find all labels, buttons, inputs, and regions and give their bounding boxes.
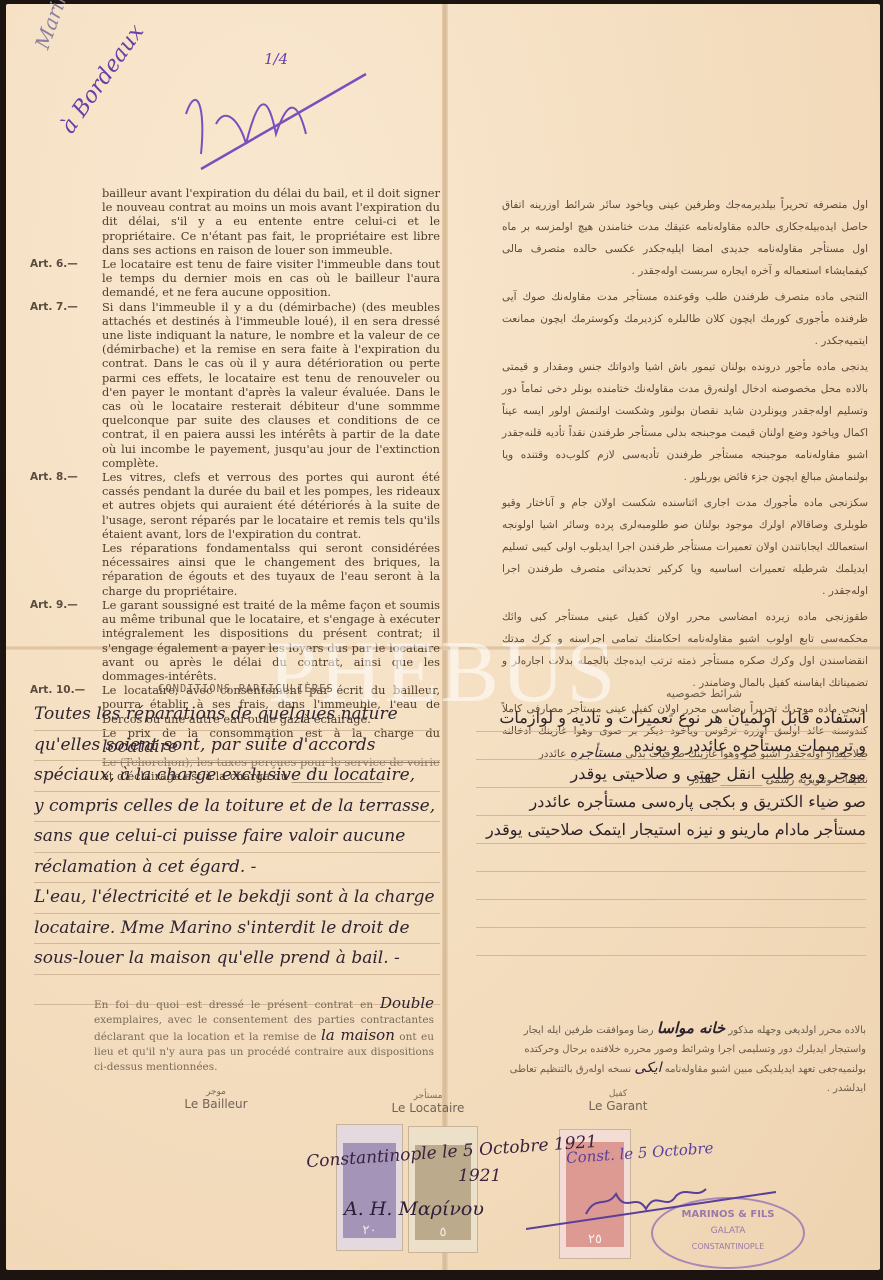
special-conditions-title-fr: CONDITIONS PARTICULIÈRES [158,683,334,695]
handwritten-line: locataire. Mme Marino s'interdit le droi… [34,914,440,945]
violet-date-note: 1/4 [264,50,288,68]
ottoman-para-lead: اول متصرفه تحریراً بیلدیرمه‌جك وطرفین عی… [502,194,868,282]
article-label: Art. 9.— [30,598,102,683]
seal-line3: CONSTANTINOPLE [653,1242,803,1251]
article-text: Si dans l'immeuble il y a du (démirbache… [102,300,440,470]
article-text: Le locataire est tenu de faire visiter l… [102,257,440,300]
handwritten-line: L'eau, l'électricité et le bekdji sont à… [34,883,440,914]
violet-note: à Bordeaux [56,20,149,138]
article-label: Art. 6.— [30,257,102,300]
violet-signature-mark [146,44,376,174]
closing-paragraph-fr: En foi du quoi est dressé le présent con… [94,996,434,1075]
pencil-note: Marino [30,0,78,52]
guarantor-signature-mark [526,1174,786,1234]
closing-paragraph-ar: بالاده محرر اولدیغی وجهله مذکور خانه موا… [496,1019,866,1098]
role-ar: کفیل [558,1089,678,1099]
role-fr: Le Locataire [392,1101,465,1115]
closing-line1: En foi du quoi est dressé le présent con… [94,999,373,1011]
handwritten-line: spéciaux, à la charge exclusive du locat… [34,761,440,792]
article-8: Art. 8.— Les vitres, clefs et verrous de… [30,470,440,598]
article-8-text: Les vitres, clefs et verrous des portes … [102,470,440,541]
article-text: Les vitres, clefs et verrous des portes … [102,470,440,598]
blank-line [476,872,866,900]
ottoman-article-8: سکزنجی ماده مأجورك مدت اجاری اثناسنده شک… [502,492,868,602]
article-label: Art. 8.— [30,470,102,598]
role-garant: کفیل Le Garant [558,1089,678,1113]
role-fr: Le Garant [589,1099,648,1113]
role-bailleur: موجر Le Bailleur [156,1087,276,1111]
blank-line [476,900,866,928]
handwritten-line: sous-louer la maison qu'elle prend à bai… [34,944,440,975]
handwritten-copies: Double [380,994,434,1012]
handwritten-line: و ترمیمات مستأجره عائددر و بونده [476,732,866,760]
closing-ar-line1: بالاده محرر اولدیغی وجهله مذکور [728,1025,866,1036]
handwritten-count: ایکی [634,1060,661,1076]
article-7: Art. 7.— Si dans l'immeuble il y a du (d… [30,300,440,470]
handwritten-line: موجر و یه طلب انقل جهتی و صلاحیتی یوقدر [476,760,866,788]
closing-ar-line1-suffix: رضا وموافقت طرفین ایله ایجار [524,1025,654,1036]
lead-paragraph: bailleur avant l'expiration du délai du … [30,186,440,257]
ottoman-article-7: یدنجی ماده مأجور درونده بولنان تیمور باش… [502,356,868,488]
handwritten-line: صو ضیاء الکتریق و بکجی پاره‌سی مستأجره ع… [476,788,866,816]
article-6: Art. 6.— Le locataire est tenu de faire … [30,257,440,300]
blank-line [476,928,866,956]
handwritten-line: réclamation à cet égard. - [34,853,440,884]
role-ar: مستأجر [368,1091,488,1101]
role-fr: Le Bailleur [184,1097,247,1111]
handwritten-line: sans que celui-ci puisse faire valoir au… [34,822,440,853]
handwritten-line: مستأجر مادام مارینو و نیزه استیجار ایتمک… [476,816,866,844]
document-page: Marino à Bordeaux 1/4 bailleur avant l'e… [6,4,880,1270]
blank-line [476,844,866,872]
handwritten-line: y compris celles de la toiture et de la … [34,792,440,823]
handwritten-object: la maison [321,1026,395,1044]
handwritten-line: استفاده قابل اولمیان هر نوع تعمیرات و تا… [476,704,866,732]
handwritten-line: Toutes les réparations de quelques natur… [34,700,440,731]
handwritten-conditions-ar: استفاده قابل اولمیان هر نوع تعمیرات و تا… [476,704,866,956]
article-label: Art. 7.— [30,300,102,470]
year-handwritten: 1921 [458,1166,501,1186]
handwritten-conditions-fr: Toutes les réparations de quelques natur… [34,700,440,1005]
article-8-extra: Les réparations fondamentalss qui seront… [102,541,440,598]
handwritten-line: qu'elles soient sont, par suite d'accord… [34,731,440,762]
ottoman-article-6: التنجی ماده متصرف طرفندن طلب وقوعنده مست… [502,286,868,352]
tenant-signature: A. H. Μαρίνου [344,1198,484,1220]
special-conditions-title-ar: شرائط خصوصیه [666,687,742,700]
revenue-stamp-violet: ٢٠ [336,1124,403,1251]
role-ar: موجر [156,1087,276,1097]
role-locataire: مستأجر Le Locataire [368,1091,488,1115]
handwritten-house: خانه مواسا [657,1019,725,1037]
closing-ar-line3: تعهد ایدیلدیکی مبین اشبو مقاوله‌نامه [665,1064,816,1075]
